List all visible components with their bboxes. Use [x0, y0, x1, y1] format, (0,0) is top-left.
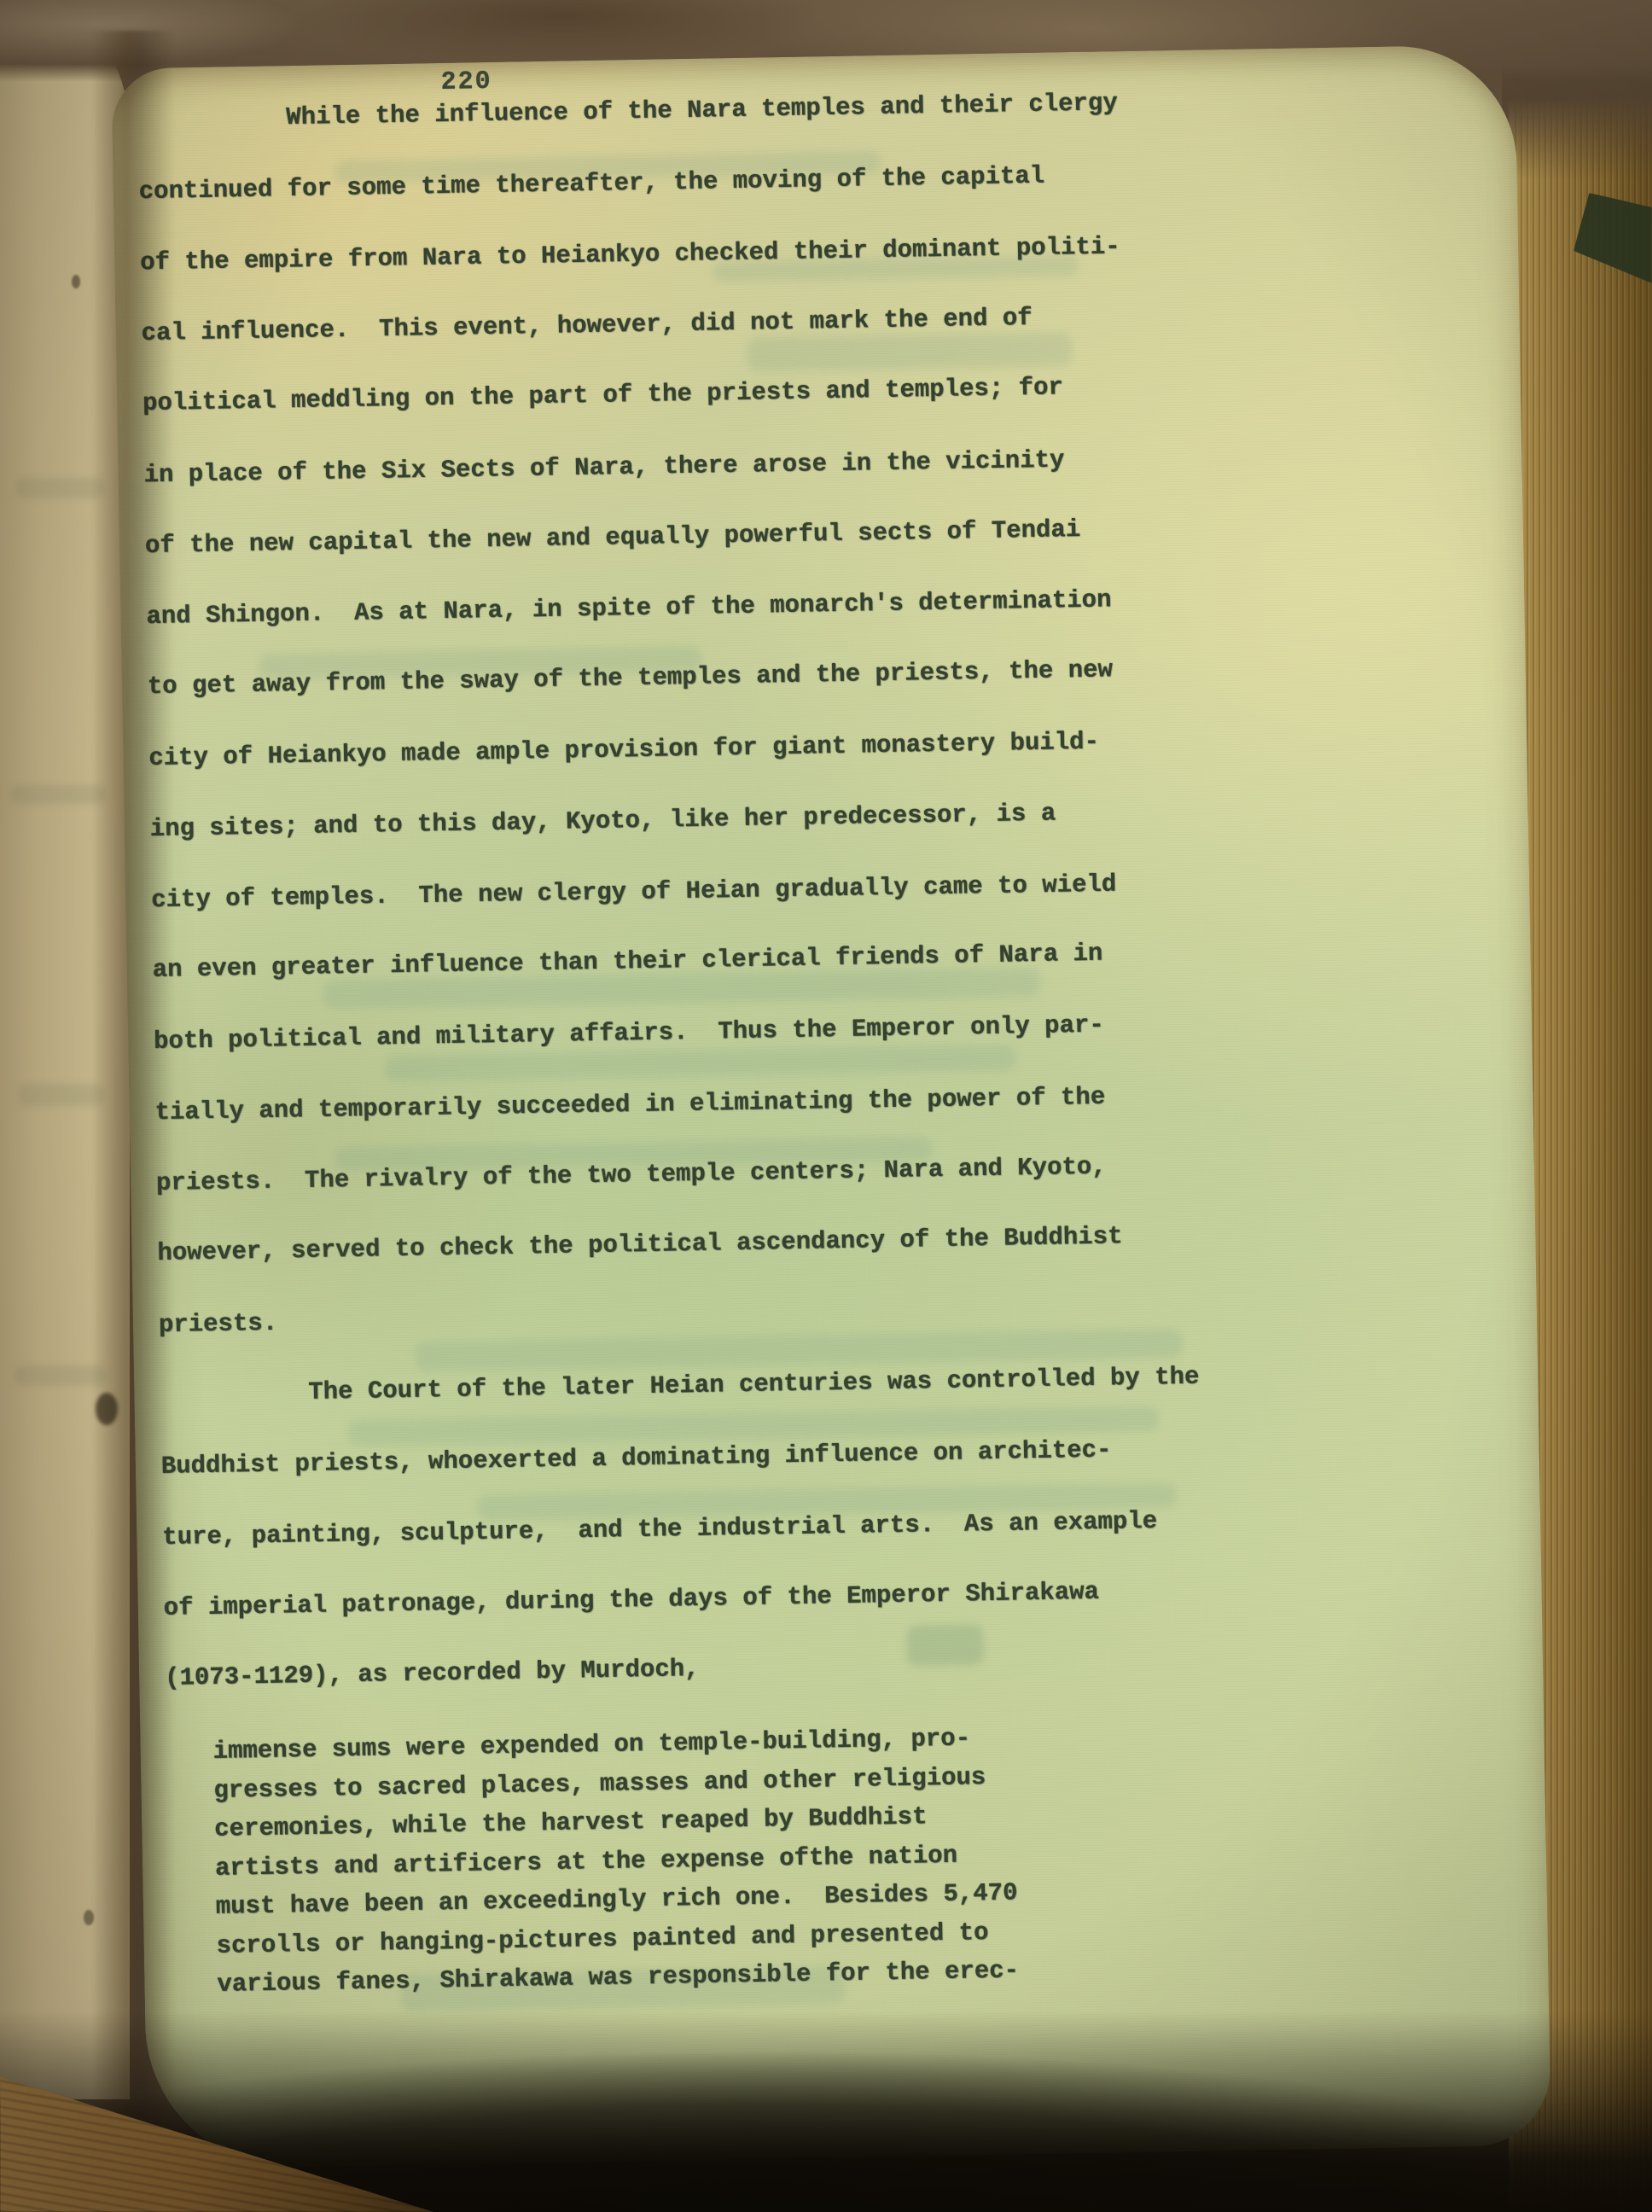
previous-page-edge — [0, 34, 130, 2099]
typewritten-page: 220 While the influence of the Nara temp… — [111, 44, 1551, 2169]
block-quote: immense sums were expended on temple-bui… — [212, 1709, 1522, 2004]
paragraph-1: While the influence of the Nara temples … — [137, 62, 1512, 1360]
page-text: While the influence of the Nara temples … — [137, 62, 1523, 2005]
bleedthrough-smudge — [15, 478, 104, 498]
photo-of-open-book: 220 While the influence of the Nara temp… — [0, 0, 1652, 2212]
paragraph-2: The Court of the later Heian centuries w… — [160, 1336, 1518, 1714]
bleedthrough-smudge — [19, 1084, 104, 1106]
bleedthrough-smudge — [10, 785, 106, 804]
bleedthrough-smudge — [14, 1365, 106, 1386]
